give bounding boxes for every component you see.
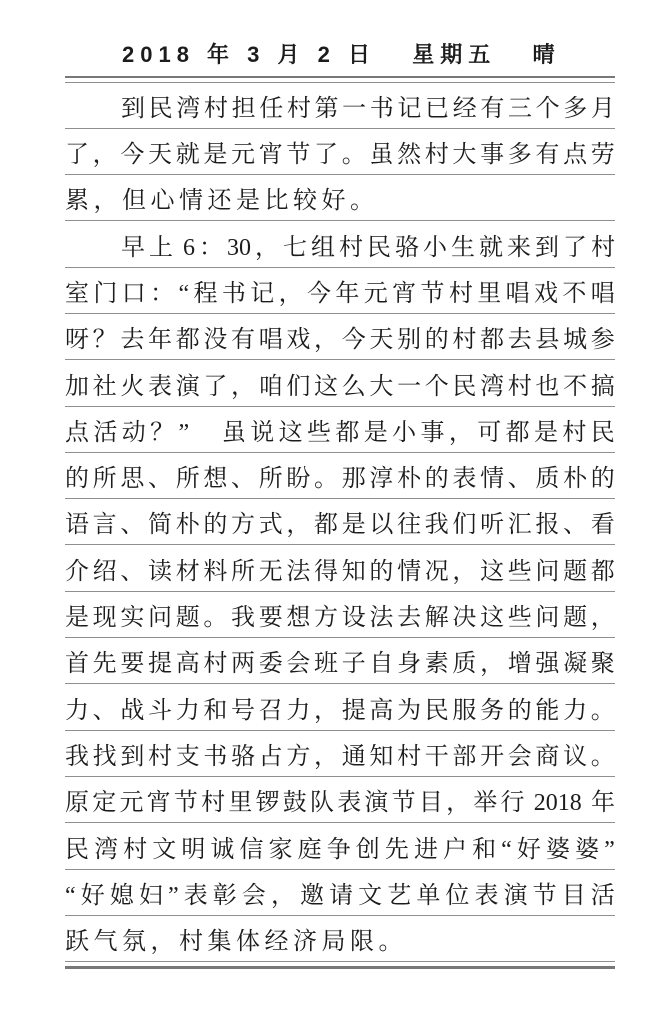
text-line: 点活动？” 虽说这些都是小事，可都是村民 [65, 407, 615, 453]
text-line: 跃气氛，村集体经济局限。 [65, 916, 615, 962]
text-line: 原定元宵节村里锣鼓队表演节目，举行 2018 年 [65, 777, 615, 823]
text-line: 呀？去年都没有唱戏，今天别的村都去县城参 [65, 314, 615, 360]
text-line: 的所思、所想、所盼。那淳朴的表情、质朴的 [65, 453, 615, 499]
text-line: 室门口：“程书记，今年元宵节村里唱戏不唱 [65, 268, 615, 314]
text-line: 语言、简朴的方式，都是以往我们听汇报、看 [65, 499, 615, 545]
diary-body: 到民湾村担任村第一书记已经有三个多月 了，今天就是元宵节了。虽然村大事多有点劳 … [65, 83, 615, 963]
text-line: 民湾村文明诚信家庭争创先进户和“好婆婆” [65, 823, 615, 869]
date-heading: 2018 年 3 月 2 日 星期五 晴 [65, 40, 615, 70]
text-line: 累，但心情还是比较好。 [65, 175, 615, 221]
text-line: 首先要提高村两委会班子自身素质，增强凝聚 [65, 638, 615, 684]
text-line: 了，今天就是元宵节了。虽然村大事多有点劳 [65, 129, 615, 175]
diary-content: 2018 年 3 月 2 日 星期五 晴 到民湾村担任村第一书记已经有三个多月 … [65, 40, 615, 969]
footer-divider [65, 966, 615, 969]
text-line: 早上 6：30，七组村民骆小生就来到了村 [65, 221, 615, 267]
text-line: 力、战斗力和号召力，提高为民服务的能力。 [65, 684, 615, 730]
text-line: 加社火表演了，咱们这么大一个民湾村也不搞 [65, 360, 615, 406]
text-line: 介绍、读材料所无法得知的情况，这些问题都 [65, 545, 615, 591]
diary-page: 2018 年 3 月 2 日 星期五 晴 到民湾村担任村第一书记已经有三个多月 … [0, 0, 670, 1010]
text-line: “好媳妇”表彰会，邀请文艺单位表演节目活 [65, 870, 615, 916]
text-line: 我找到村支书骆占方，通知村干部开会商议。 [65, 731, 615, 777]
text-line: 到民湾村担任村第一书记已经有三个多月 [65, 83, 615, 129]
text-line: 是现实问题。我要想方设法去解决这些问题， [65, 592, 615, 638]
